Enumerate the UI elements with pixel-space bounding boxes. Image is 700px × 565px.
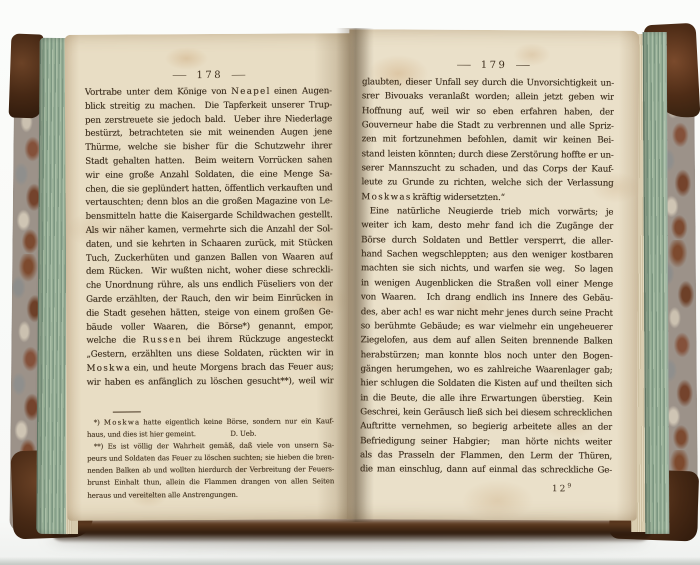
footnote-line: *) M o s k w a hatte eigentlich keine Bö…	[87, 415, 334, 429]
header-dash: —	[172, 71, 189, 80]
text-line: pen zerstreuete sie jedoch bald. Ueber i…	[85, 113, 332, 128]
text-line: Eine natürliche Neugierde trieb mich vor…	[361, 204, 613, 220]
text-line: blick streitig zu machen. Die Tapferkeit…	[85, 99, 332, 114]
gathering-signature-mark: 129	[552, 482, 573, 494]
text-line: gängen herumgehen, wo es zahlreiche Waar…	[360, 362, 612, 378]
text-line: stand leisten könnten; durch diese Zerst…	[362, 147, 614, 163]
text-line: Garde erzählten, der Rauch, den wir beim…	[86, 292, 333, 307]
footnote-line: heraus und vereitelten alle Anstrengunge…	[87, 488, 334, 502]
text-line: Geschrei, kein Geräusch ließ sich bei di…	[360, 405, 612, 421]
open-book: —178— Vortrabe unter dem Könige von N e …	[8, 24, 692, 544]
text-line: die Stadt gesehen hätten, steige von ein…	[86, 306, 333, 321]
text-line: des, aber ach! es war nicht mehr jenes d…	[361, 305, 613, 321]
signature-number: 12	[552, 484, 568, 494]
text-line: chen, die sie geplündert hatten, öffentl…	[85, 182, 332, 197]
page-left: —178— Vortrabe unter dem Könige von N e …	[65, 33, 358, 521]
text-line: von Waaren. Ich drang endlich ins Innere…	[361, 290, 613, 306]
text-line: srer Bivouaks veranlaßt worden; allein j…	[362, 90, 614, 106]
text-line: bensmitteln hatte die Kaisergarde Schild…	[86, 209, 333, 224]
text-line: wir eine große Anzahl Soldaten, die eine…	[85, 168, 332, 183]
header-dash: —	[516, 61, 533, 70]
left-page-footnotes: *) M o s k w a hatte eigentlich keine Bö…	[87, 415, 335, 501]
text-line: Stadt gehalten hatten. Beim weitern Vorr…	[85, 154, 332, 169]
text-line: so berühmte Gebäude; es war vielmehr ein…	[361, 319, 613, 335]
text-line: Als wir näher kamen, vermehrte sich die …	[86, 223, 333, 238]
page-number-right: 179	[481, 60, 508, 71]
footnote-separator-rule	[113, 411, 141, 412]
text-line: Ziegelofen, aus dem auf allen Seiten bre…	[361, 333, 613, 349]
text-line: Gouverneur habe die Stadt zu verbrennen …	[362, 118, 614, 134]
text-line: Tuch, Zuckerhüten und ganzen Ballen von …	[86, 251, 333, 266]
text-line: herabstürzen; man konnte blos noch unter…	[361, 348, 613, 364]
text-line: leute zu Grunde zu richten, welche sich …	[361, 176, 613, 192]
text-line: vertauschten; denn blos an die großen Ma…	[86, 196, 333, 211]
text-line: Hoffnung auf, weil wir so eben erfahren …	[362, 104, 614, 120]
text-line: weiter ich kam, desto mehr fand ich die …	[361, 219, 613, 235]
text-line: dem Rücken. Wir wußten nicht, woher dies…	[86, 265, 333, 280]
page-number-left: 178	[196, 70, 223, 81]
right-fore-edge-green	[643, 32, 670, 534]
header-dash: —	[456, 61, 473, 70]
text-line: bestürzt, betrachteten sie mit weinenden…	[85, 127, 332, 142]
text-line: wir haben es anfänglich zu löschen gesuc…	[87, 375, 334, 390]
header-dash: —	[231, 71, 248, 80]
text-line: in wenigen Augenblicken die Straßen voll…	[361, 276, 613, 292]
text-line: che Unordnung rühre, als uns endlich Füs…	[86, 278, 333, 293]
text-line: machten sie sich nichts, und warfen sie …	[361, 262, 613, 278]
text-line: daten, und sie kehrten in Schaaren zurüc…	[86, 237, 333, 252]
text-line: die man einschlug, dann auf einmal das s…	[360, 463, 612, 479]
footnote-line: brunst Einhalt thun, allein die Flammen …	[87, 476, 334, 490]
text-line: bäude voller Waaren, die Börse*) genannt…	[86, 320, 333, 335]
text-line: in die Beute, die alle ihre Erwartungen …	[360, 391, 612, 407]
photo-backdrop: —178— Vortrabe unter dem Könige von N e …	[0, 0, 700, 565]
text-line: hier schlugen die Soldaten die Kisten au…	[360, 377, 612, 393]
text-line: M o s k w a s kräftig widersetzten.“	[361, 190, 613, 206]
signature-superscript: 9	[567, 482, 573, 489]
text-line: hand Sachen wegschleppten; aus den wenig…	[361, 247, 613, 263]
page-header-right: —179—	[349, 59, 639, 72]
text-line: Vortrabe unter dem Könige von N e a p e …	[85, 85, 332, 100]
right-page-body-text: glaubten, dieser Unfall sey durch die Un…	[360, 75, 614, 478]
text-line: als das Prasseln der Flammen, den Lerm d…	[360, 448, 612, 464]
text-line: Befriedigung seiner Habgier; man hörte n…	[360, 434, 612, 450]
text-line: zen mit fortzunehmen befohlen, damit wir…	[362, 133, 614, 149]
text-line: serer Mannszucht zu schaden, und das Cor…	[362, 161, 614, 177]
text-line: M o s k w a ein, und heute Morgens brach…	[87, 361, 334, 376]
text-line: Börse durch Soldaten und Bettler versper…	[361, 233, 613, 249]
page-header-left: —178—	[65, 69, 355, 82]
leather-corner-top-left	[9, 33, 44, 118]
text-line: glaubten, dieser Unfall sey durch die Un…	[362, 75, 614, 91]
text-line: „Gestern, erzählten uns diese Soldaten, …	[86, 347, 333, 362]
left-page-body-text: Vortrabe unter dem Könige von N e a p e …	[85, 85, 334, 390]
text-line: welche die R u s s e n bei ihrem Rückzug…	[86, 334, 333, 349]
text-line: Thürme, welche sie bisher für die Schutz…	[85, 140, 332, 155]
page-right: —179— glaubten, dieser Unfall sey durch …	[347, 29, 640, 521]
text-line: Auftritte vernehmen, so begierig arbeite…	[360, 420, 612, 436]
photo-bottom-edge	[0, 557, 700, 565]
